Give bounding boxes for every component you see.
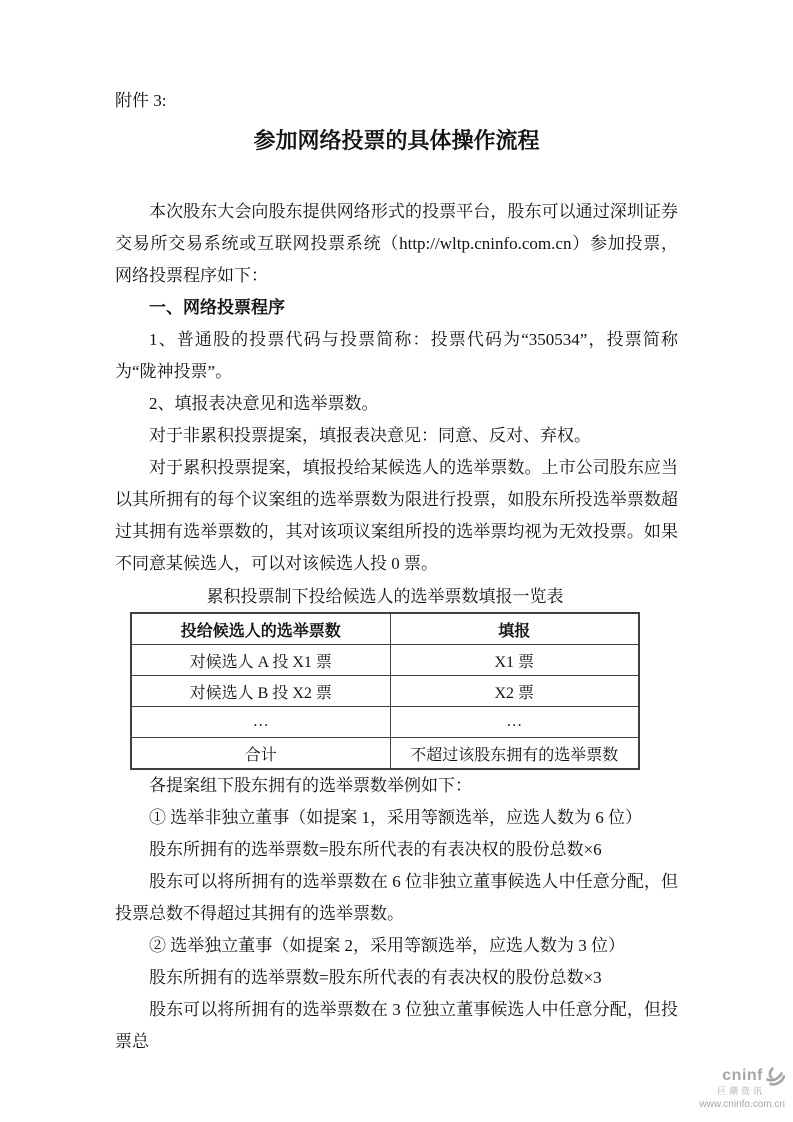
document-page: 附件 3: 参加网络投票的具体操作流程 本次股东大会向股东提供网络形式的投票平台… (0, 0, 793, 1122)
table-cell: … (131, 707, 390, 738)
table-cell: … (390, 707, 639, 738)
paragraph-vote-code: 1、普通股的投票代码与投票简称：投票代码为“350534”，投票简称为“陇神投票… (115, 324, 678, 388)
cninfo-logo-url: www.cninfo.com.cn (699, 1099, 785, 1110)
intro-paragraph: 本次股东大会向股东提供网络形式的投票平台，股东可以通过深圳证券交易所交易系统或互… (115, 196, 678, 292)
table-header-votes: 投给候选人的选举票数 (131, 613, 390, 645)
example2-note: 股东可以将所拥有的选举票数在 3 位独立董事候选人中任意分配，但投票总 (115, 994, 678, 1058)
page-title: 参加网络投票的具体操作流程 (115, 126, 678, 156)
section1-heading: 一、网络投票程序 (115, 292, 678, 324)
cninfo-logo: cninf 巨潮资讯 www.cninfo.com.cn (699, 1066, 785, 1110)
attachment-label: 附件 3: (115, 90, 678, 112)
table-cell: 对候选人 B 投 X2 票 (131, 676, 390, 707)
table-cell: 对候选人 A 投 X1 票 (131, 645, 390, 676)
cninfo-logo-row: cninf (699, 1066, 785, 1086)
table-header-fill: 填报 (390, 613, 639, 645)
document-content: 附件 3: 参加网络投票的具体操作流程 本次股东大会向股东提供网络形式的投票平台… (115, 90, 678, 1058)
table-cell: 不超过该股东拥有的选举票数 (390, 738, 639, 770)
example2-formula: 股东所拥有的选举票数=股东所代表的有表决权的股份总数×3 (115, 962, 678, 994)
table-row: 对候选人 B 投 X2 票 X2 票 (131, 676, 639, 707)
table-cell: X1 票 (390, 645, 639, 676)
table-header-row: 投给候选人的选举票数 填报 (131, 613, 639, 645)
example1-formula: 股东所拥有的选举票数=股东所代表的有表决权的股份总数×6 (115, 834, 678, 866)
paragraph-fill-opinion: 2、填报表决意见和选举票数。 (115, 388, 678, 420)
paragraph-cumulative: 对于累积投票提案，填报投给某候选人的选举票数。上市公司股东应当以其所拥有的每个议… (115, 452, 678, 580)
cumulative-vote-table: 投给候选人的选举票数 填报 对候选人 A 投 X1 票 X1 票 对候选人 B … (130, 612, 640, 770)
table-cell: 合计 (131, 738, 390, 770)
cninfo-swirl-icon (765, 1066, 785, 1086)
examples-lead: 各提案组下股东拥有的选举票数举例如下： (115, 770, 678, 802)
table-row-total: 合计 不超过该股东拥有的选举票数 (131, 738, 639, 770)
table-cell: X2 票 (390, 676, 639, 707)
table-row: 对候选人 A 投 X1 票 X1 票 (131, 645, 639, 676)
table-caption: 累积投票制下投给候选人的选举票数填报一览表 (130, 584, 640, 610)
example1-note: 股东可以将所拥有的选举票数在 6 位非独立董事候选人中任意分配，但投票总数不得超… (115, 866, 678, 930)
table-row: … … (131, 707, 639, 738)
example1-title: ① 选举非独立董事（如提案 1，采用等额选举，应选人数为 6 位） (115, 802, 678, 834)
example2-title: ② 选举独立董事（如提案 2，采用等额选举，应选人数为 3 位） (115, 930, 678, 962)
paragraph-noncumulative: 对于非累积投票提案，填报表决意见：同意、反对、弃权。 (115, 420, 678, 452)
cninfo-logo-text: cninf (722, 1067, 763, 1085)
cninfo-logo-chinese: 巨潮资讯 (699, 1087, 765, 1097)
